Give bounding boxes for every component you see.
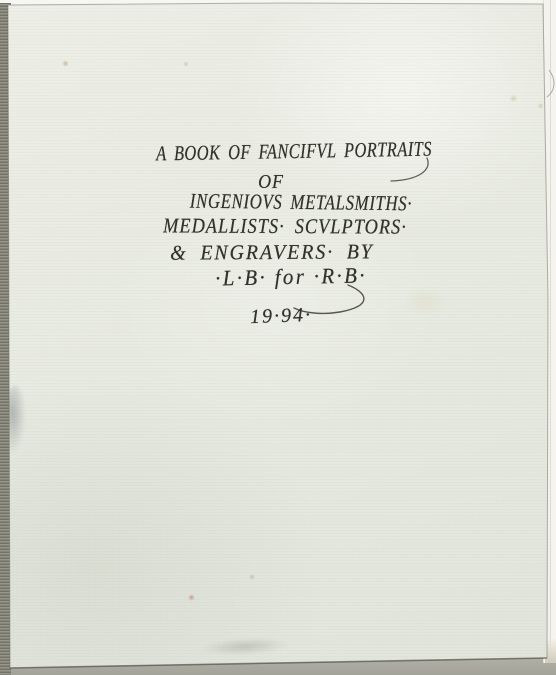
smudge-bottom-center xyxy=(200,636,291,658)
stain-dot xyxy=(249,574,255,580)
inscription-line-4: MEDALLISTS· SCVLPTORS· xyxy=(163,215,407,237)
inscription-line-6: ·L·B· for ·R·B· xyxy=(215,264,367,289)
stain-dot xyxy=(188,594,195,601)
stain-dot xyxy=(62,60,69,67)
stain-dot xyxy=(537,103,544,109)
book-cover: A BOOK OF FANCIFVL PORTRAITS OF INGENIOV… xyxy=(0,0,556,675)
inscription-line-5: & ENGRAVERS· BY xyxy=(170,241,374,263)
photo-of-book-cover: A BOOK OF FANCIFVL PORTRAITS OF INGENIOV… xyxy=(0,0,556,675)
inscription-line-7: 19·94· xyxy=(250,305,313,327)
inscription-line-1: A BOOK OF FANCIFVL PORTRAITS xyxy=(156,139,432,165)
stain-dot xyxy=(183,61,189,67)
stain-patch xyxy=(402,288,446,316)
stain-dot xyxy=(509,95,518,102)
inscription-line-3: INGENIOVS METALSMITHS· xyxy=(190,191,413,215)
